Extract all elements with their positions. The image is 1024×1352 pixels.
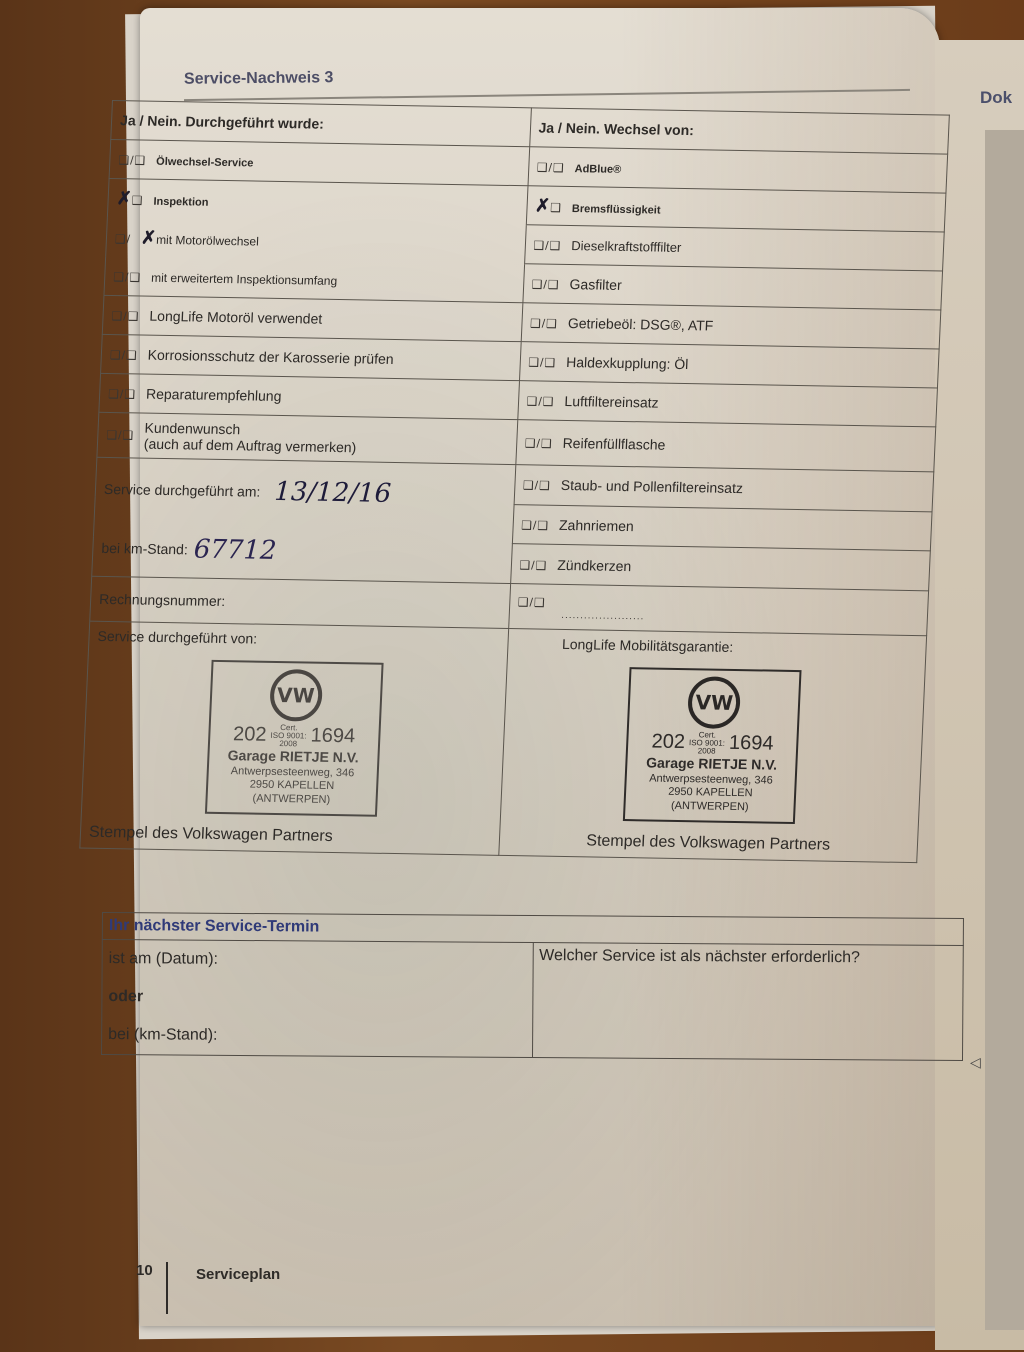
next-date-field[interactable]: ist am (Datum): — [109, 940, 527, 981]
checkbox-pair[interactable]: ❑/❑ — [519, 558, 547, 572]
invoice-number-cell[interactable]: Rechnungsnummer: — [90, 576, 510, 628]
service-date-label: Service durchgeführt am: — [104, 481, 261, 500]
invoice-label: Rechnungsnummer: — [99, 591, 226, 609]
page-footer: 10 Serviceplan — [136, 1262, 153, 1279]
stamp-caption-right: Stempel des Volkswagen Partners — [507, 827, 910, 862]
checkbox-pair[interactable]: ❑/❑ — [518, 595, 546, 609]
service-date-value[interactable]: 13/12/16 — [274, 477, 392, 509]
performed-by-cell: Service durchgeführt von: VW 202Cert.ISO… — [80, 621, 508, 855]
footer-divider — [166, 1262, 168, 1314]
vw-logo-icon: VW — [687, 676, 741, 729]
checkbox-pair[interactable]: ❑/❑ — [108, 387, 136, 401]
stamp-caption-left: Stempel des Volkswagen Partners — [88, 819, 491, 854]
right-item-custom[interactable]: ❑/❑ ...................... — [508, 584, 928, 636]
checkbox-pair[interactable]: ❑/❑ — [533, 238, 561, 252]
km-value[interactable]: 67712 — [193, 535, 277, 566]
checkbox-pair[interactable]: ❑/❑ — [531, 277, 559, 291]
or-label: oder — [108, 978, 526, 1019]
page-number: 10 — [136, 1262, 153, 1279]
checkbox-pair[interactable]: ❑/❑ — [113, 270, 141, 284]
checkbox-pair[interactable]: ❑/❑ — [110, 348, 138, 362]
footer-section: Serviceplan — [196, 1266, 280, 1283]
margin-arrow-icon: ◁ — [970, 1054, 981, 1071]
next-service-question: Welcher Service ist als nächster erforde… — [539, 947, 860, 966]
vw-logo-icon: VW — [269, 669, 323, 722]
service-record-form: Ja / Nein. Durchgeführt wurde: Ja / Nein… — [79, 100, 950, 863]
right-item-reifenfuellflasche[interactable]: ❑/❑Reifenfüllflasche — [515, 420, 935, 472]
right-page: Dok — [935, 40, 1024, 1350]
right-page-panel — [985, 130, 1024, 1330]
check-mark-icon: ✗ — [535, 195, 551, 216]
dealer-stamp-right: VW 202Cert.ISO 9001:20081694 Garage RIET… — [623, 667, 802, 824]
check-mark-icon: ✗ — [116, 188, 132, 209]
next-service-box: Ihr nächster Service-Termin ist am (Datu… — [101, 912, 964, 1061]
service-table: Ja / Nein. Durchgeführt wurde: Ja / Nein… — [79, 100, 950, 863]
check-mark-icon: ✗ — [141, 227, 157, 248]
page-title: Service-Nachweis 3 — [184, 69, 334, 89]
checkbox-pair[interactable]: ❑/❑ — [528, 355, 556, 369]
dealer-stamp-left: VW 202Cert.ISO 9001:20081694 Garage RIET… — [205, 660, 384, 817]
km-label: bei km-Stand: — [101, 540, 188, 557]
mobility-label: LongLife Mobilitätsgarantie: — [516, 635, 918, 658]
next-service-left-cell: ist am (Datum): oder bei (km-Stand): — [102, 940, 533, 1058]
next-service-question-cell[interactable]: Welcher Service ist als nächster erforde… — [532, 943, 963, 1061]
next-km-field[interactable]: bei (km-Stand): — [108, 1016, 526, 1057]
checkbox-pair[interactable]: ❑/❑ — [118, 153, 146, 167]
left-item-kundenwunsch[interactable]: ❑/❑ Kundenwunsch(auch auf dem Auftrag ve… — [97, 412, 517, 464]
performed-by-label: Service durchgeführt von: — [97, 628, 499, 651]
checkbox-pair[interactable]: ❑/❑ — [523, 479, 551, 493]
checkbox-pair[interactable]: ❑/❑ — [526, 394, 554, 408]
service-date-km-cell: Service durchgeführt am: 13/12/16 bei km… — [92, 457, 516, 583]
mobility-guarantee-cell: LongLife Mobilitätsgarantie: VW 202Cert.… — [498, 628, 926, 862]
checkbox-pair[interactable]: ❑/❑ — [111, 309, 139, 323]
checkbox-pair[interactable]: ❑/❑ — [537, 160, 565, 174]
checkbox-pair[interactable]: ❑/❑ — [521, 518, 549, 532]
right-page-title: Dok — [980, 88, 1012, 108]
custom-item-field[interactable]: ...................... — [561, 609, 919, 626]
checkbox-pair[interactable]: ❑/❑ — [530, 316, 558, 330]
checkbox-pair[interactable]: ❑/❑ — [106, 428, 134, 442]
checkbox-pair[interactable]: ❑/❑ — [524, 436, 552, 450]
